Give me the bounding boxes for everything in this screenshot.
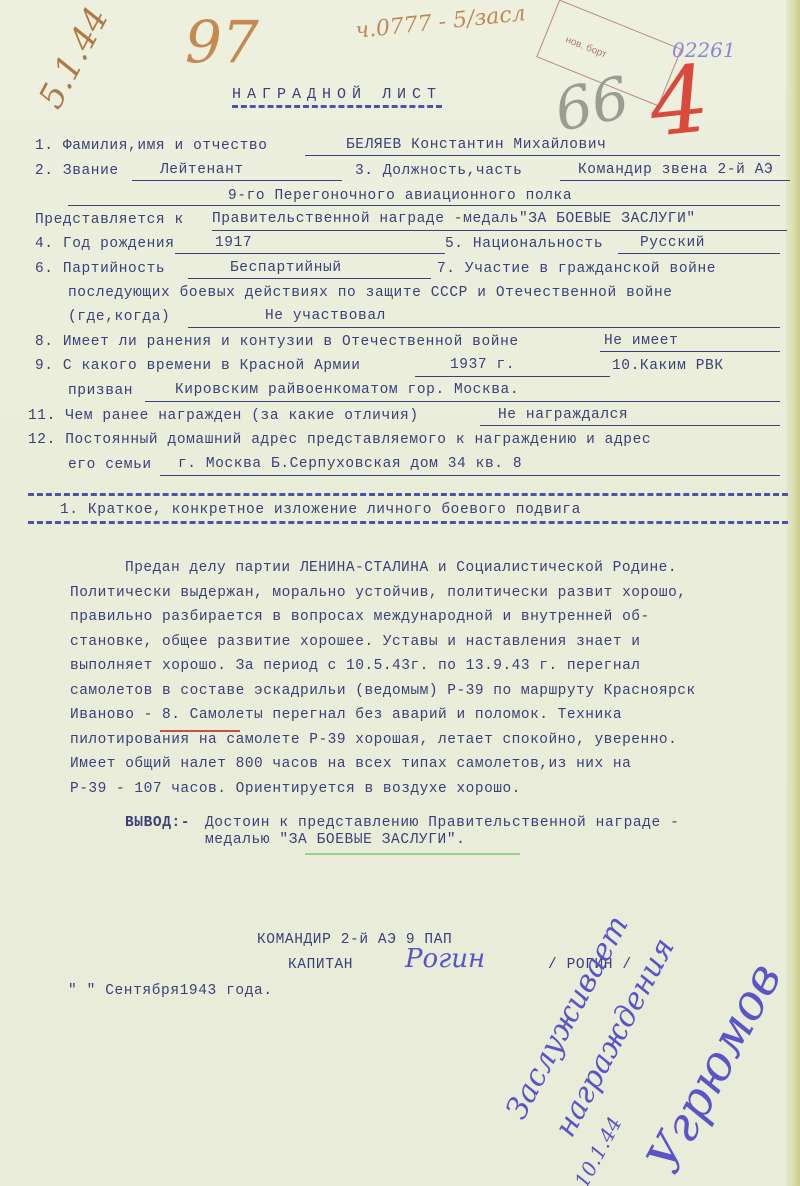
field-underline <box>175 253 445 254</box>
narrative-line: Иваново - 8. Самолеты перегнал без авари… <box>70 707 622 723</box>
field-underline <box>145 401 780 402</box>
conclusion-line-2: медалью "ЗА БОЕВЫЕ ЗАСЛУГИ". <box>205 832 465 848</box>
field-nationality-value: Русский <box>640 235 705 251</box>
field-civil-war-value: Не участвовал <box>265 308 386 324</box>
field-name-label: 1. Фамилия,имя и отчество <box>35 138 268 154</box>
field-rvk-label-cont: призван <box>68 383 133 399</box>
conclusion-label: ВЫВОД:- <box>125 815 190 831</box>
field-prior-awards-label: 11. Чем ранее награжден (за какие отличи… <box>28 408 419 424</box>
field-underline <box>480 425 780 426</box>
field-nationality-label: 5. Национальность <box>445 236 603 252</box>
field-underline <box>305 155 780 156</box>
field-prior-awards-value: Не награждался <box>498 407 628 423</box>
narrative-line: Р-39 - 107 часов. Ориентируется в воздух… <box>70 781 521 797</box>
narrative-line: пилотирования на самолете Р-39 хорошая, … <box>70 732 677 748</box>
green-underline-mark <box>305 853 520 855</box>
narrative-line: выполняет хорошо. За период с 10.5.43г. … <box>70 658 641 674</box>
red-underline-mark <box>160 730 240 732</box>
field-civil-war-where-label: (где,когда) <box>68 309 170 325</box>
field-birth-year-value: 1917 <box>215 235 252 251</box>
field-underline <box>188 327 780 328</box>
field-party-label: 6. Партийность <box>35 261 165 277</box>
document-title: НАГРАДНОЙ ЛИСТ <box>232 86 442 108</box>
field-underline <box>600 351 780 352</box>
field-underline <box>618 253 780 254</box>
award-label: Представляется к <box>35 212 184 228</box>
section-divider <box>28 521 788 524</box>
narrative-line: становке, общее развитие хорошее. Уставы… <box>70 634 641 650</box>
award-value: Правительственной награде -медаль"ЗА БОЕ… <box>212 211 696 227</box>
field-civil-war-label: 7. Участие в гражданской войне <box>437 261 716 277</box>
field-party-value: Беспартийный <box>230 260 342 276</box>
narrative-line: правильно разбирается в вопросах междуна… <box>70 609 650 625</box>
field-position-value-cont: 9-го Перегоночного авиационного полка <box>228 188 572 204</box>
field-underline <box>212 230 787 231</box>
narrative-line: Политически выдержан, морально устойчив,… <box>70 585 687 601</box>
field-address-label-cont: его семьи <box>68 457 152 473</box>
field-underline <box>68 205 780 206</box>
handwritten-signature: Рогин <box>405 944 485 974</box>
field-rvk-label: 10.Каким РВК <box>612 358 724 374</box>
narrative-line: Имеет общий налет 800 часов на всех типа… <box>70 756 631 772</box>
field-rvk-value: Кировским райвоенкоматом гор. Москва. <box>175 382 519 398</box>
field-civil-war-label-cont: последующих боевых действиях по защите С… <box>68 285 673 301</box>
field-army-since-label: 9. С какого времени в Красной Армии <box>35 358 361 374</box>
field-name-value: БЕЛЯЕВ Константин Михайлович <box>346 137 606 153</box>
field-birth-year-label: 4. Год рождения <box>35 236 175 252</box>
paper-edge <box>786 0 800 1186</box>
field-underline <box>132 180 342 181</box>
field-wounds-label: 8. Имеет ли ранения и контузии в Отечест… <box>35 334 519 350</box>
field-position-label: 3. Должность,часть <box>355 163 522 179</box>
field-rank-value: Лейтенант <box>160 162 244 178</box>
field-address-label: 12. Постоянный домашний адрес представля… <box>28 432 651 448</box>
field-underline <box>188 278 431 279</box>
signature-date: " " Сентября1943 года. <box>68 983 273 999</box>
field-underline <box>415 376 610 377</box>
pencil-number-annotation: 97 <box>185 8 259 76</box>
field-wounds-value: Не имеет <box>604 333 678 349</box>
field-rank-label: 2. Звание <box>35 163 119 179</box>
field-underline <box>560 180 790 181</box>
field-position-value: Командир звена 2-й АЭ <box>578 162 773 178</box>
section-divider <box>28 493 788 496</box>
section-heading: 1. Краткое, конкретное изложение личного… <box>60 502 581 518</box>
field-address-value: г. Москва Б.Серпуховская дом 34 кв. 8 <box>178 456 522 472</box>
red-mark-annotation: 4 <box>645 45 714 158</box>
conclusion-line-1: Достоин к представлению Правительственно… <box>205 815 679 831</box>
signature-rank: КАПИТАН <box>288 957 353 973</box>
narrative-line: Предан делу партии ЛЕНИНА-СТАЛИНА и Соци… <box>125 560 677 576</box>
field-underline <box>160 475 780 476</box>
narrative-line: самолетов в составе эскадрильи (ведомым)… <box>70 683 696 699</box>
field-army-since-value: 1937 г. <box>450 357 515 373</box>
